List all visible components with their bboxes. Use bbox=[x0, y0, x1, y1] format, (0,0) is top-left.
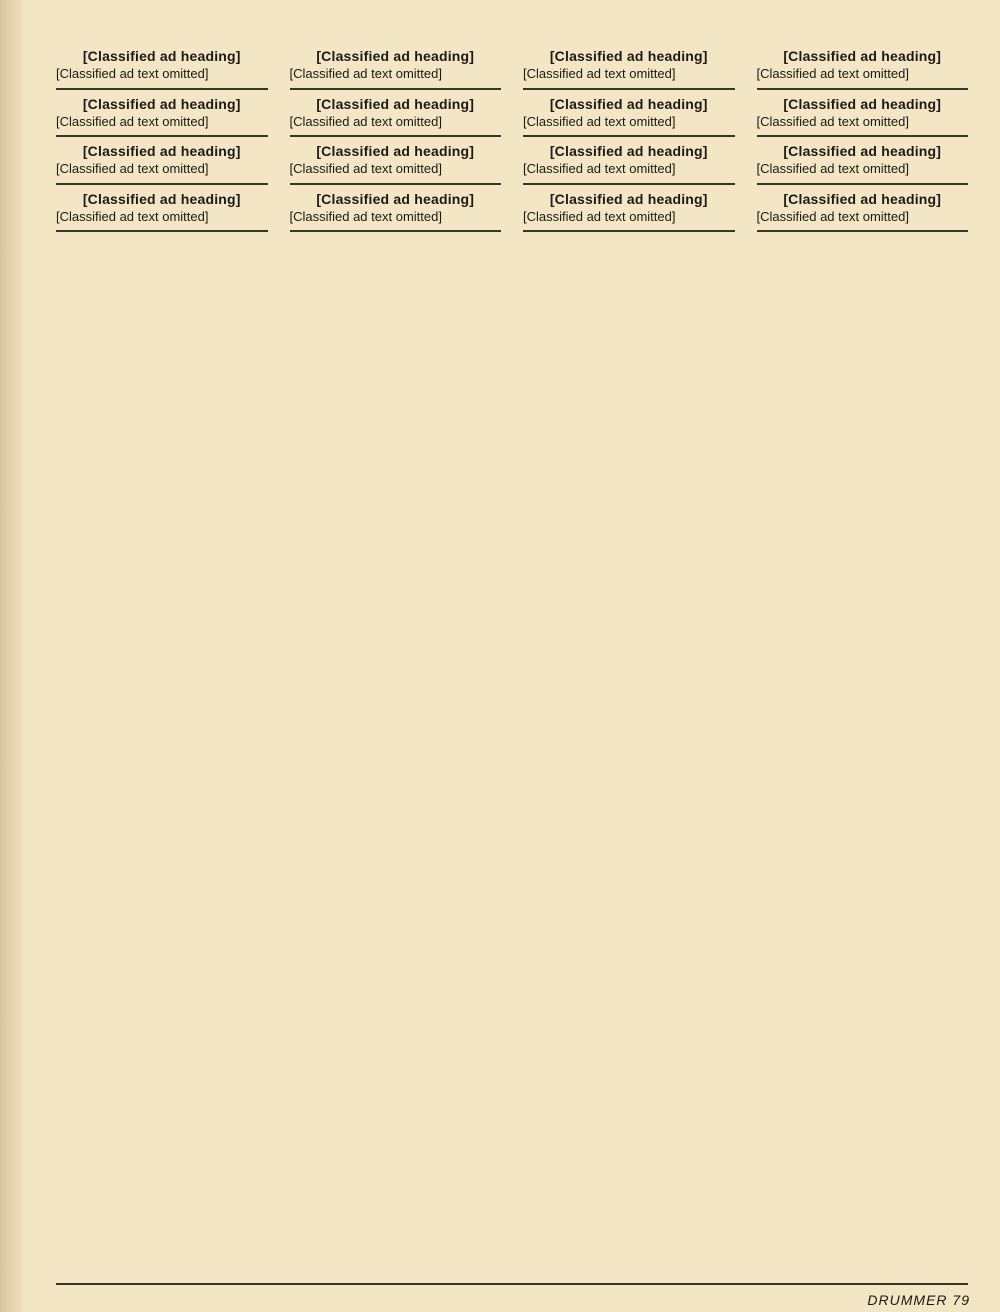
ad-heading: [Classified ad heading] bbox=[523, 191, 735, 207]
ad-body: [Classified ad text omitted] bbox=[290, 209, 502, 225]
ad-body: [Classified ad text omitted] bbox=[757, 66, 969, 82]
classified-ad: [Classified ad heading][Classified ad te… bbox=[56, 191, 268, 233]
ad-body: [Classified ad text omitted] bbox=[56, 114, 268, 130]
classified-ad: [Classified ad heading][Classified ad te… bbox=[523, 143, 735, 185]
ad-body: [Classified ad text omitted] bbox=[523, 114, 735, 130]
ad-heading: [Classified ad heading] bbox=[757, 48, 969, 64]
ad-column: [Classified ad heading][Classified ad te… bbox=[757, 48, 969, 1278]
ad-body: [Classified ad text omitted] bbox=[757, 209, 969, 225]
classified-ad: [Classified ad heading][Classified ad te… bbox=[56, 48, 268, 90]
ad-body: [Classified ad text omitted] bbox=[56, 209, 268, 225]
ad-body: [Classified ad text omitted] bbox=[56, 161, 268, 177]
ad-body: [Classified ad text omitted] bbox=[56, 66, 268, 82]
ad-column: [Classified ad heading][Classified ad te… bbox=[290, 48, 502, 1278]
ad-heading: [Classified ad heading] bbox=[290, 191, 502, 207]
ad-heading: [Classified ad heading] bbox=[290, 48, 502, 64]
ad-heading: [Classified ad heading] bbox=[523, 96, 735, 112]
ad-column: [Classified ad heading][Classified ad te… bbox=[523, 48, 735, 1278]
ad-body: [Classified ad text omitted] bbox=[757, 161, 969, 177]
page-binding-gutter bbox=[0, 0, 22, 1312]
classified-ad: [Classified ad heading][Classified ad te… bbox=[523, 48, 735, 90]
ad-body: [Classified ad text omitted] bbox=[523, 209, 735, 225]
classified-ad: [Classified ad heading][Classified ad te… bbox=[757, 191, 969, 233]
classified-ad: [Classified ad heading][Classified ad te… bbox=[290, 191, 502, 233]
ad-body: [Classified ad text omitted] bbox=[290, 161, 502, 177]
classified-ad: [Classified ad heading][Classified ad te… bbox=[290, 96, 502, 138]
classified-ad: [Classified ad heading][Classified ad te… bbox=[290, 143, 502, 185]
classified-ad: [Classified ad heading][Classified ad te… bbox=[290, 48, 502, 90]
classified-ad: [Classified ad heading][Classified ad te… bbox=[523, 96, 735, 138]
classified-ad: [Classified ad heading][Classified ad te… bbox=[757, 48, 969, 90]
ad-heading: [Classified ad heading] bbox=[523, 48, 735, 64]
classified-ad: [Classified ad heading][Classified ad te… bbox=[757, 96, 969, 138]
classified-ad: [Classified ad heading][Classified ad te… bbox=[523, 191, 735, 233]
ad-body: [Classified ad text omitted] bbox=[290, 66, 502, 82]
ad-heading: [Classified ad heading] bbox=[757, 96, 969, 112]
ad-body: [Classified ad text omitted] bbox=[523, 161, 735, 177]
ad-body: [Classified ad text omitted] bbox=[290, 114, 502, 130]
classified-ad: [Classified ad heading][Classified ad te… bbox=[757, 143, 969, 185]
classified-ad: [Classified ad heading][Classified ad te… bbox=[56, 143, 268, 185]
ad-column: [Classified ad heading][Classified ad te… bbox=[56, 48, 268, 1278]
ad-heading: [Classified ad heading] bbox=[56, 96, 268, 112]
ad-heading: [Classified ad heading] bbox=[56, 48, 268, 64]
page-footer: DRUMMER 79 bbox=[867, 1292, 970, 1308]
ad-body: [Classified ad text omitted] bbox=[523, 66, 735, 82]
classified-ads-grid: [Classified ad heading][Classified ad te… bbox=[56, 48, 968, 1278]
ad-heading: [Classified ad heading] bbox=[757, 191, 969, 207]
ad-heading: [Classified ad heading] bbox=[56, 143, 268, 159]
classified-ad: [Classified ad heading][Classified ad te… bbox=[56, 96, 268, 138]
ad-heading: [Classified ad heading] bbox=[290, 96, 502, 112]
bottom-rule bbox=[56, 1283, 968, 1285]
ad-heading: [Classified ad heading] bbox=[757, 143, 969, 159]
ad-heading: [Classified ad heading] bbox=[523, 143, 735, 159]
ad-body: [Classified ad text omitted] bbox=[757, 114, 969, 130]
ad-heading: [Classified ad heading] bbox=[290, 143, 502, 159]
ad-heading: [Classified ad heading] bbox=[56, 191, 268, 207]
